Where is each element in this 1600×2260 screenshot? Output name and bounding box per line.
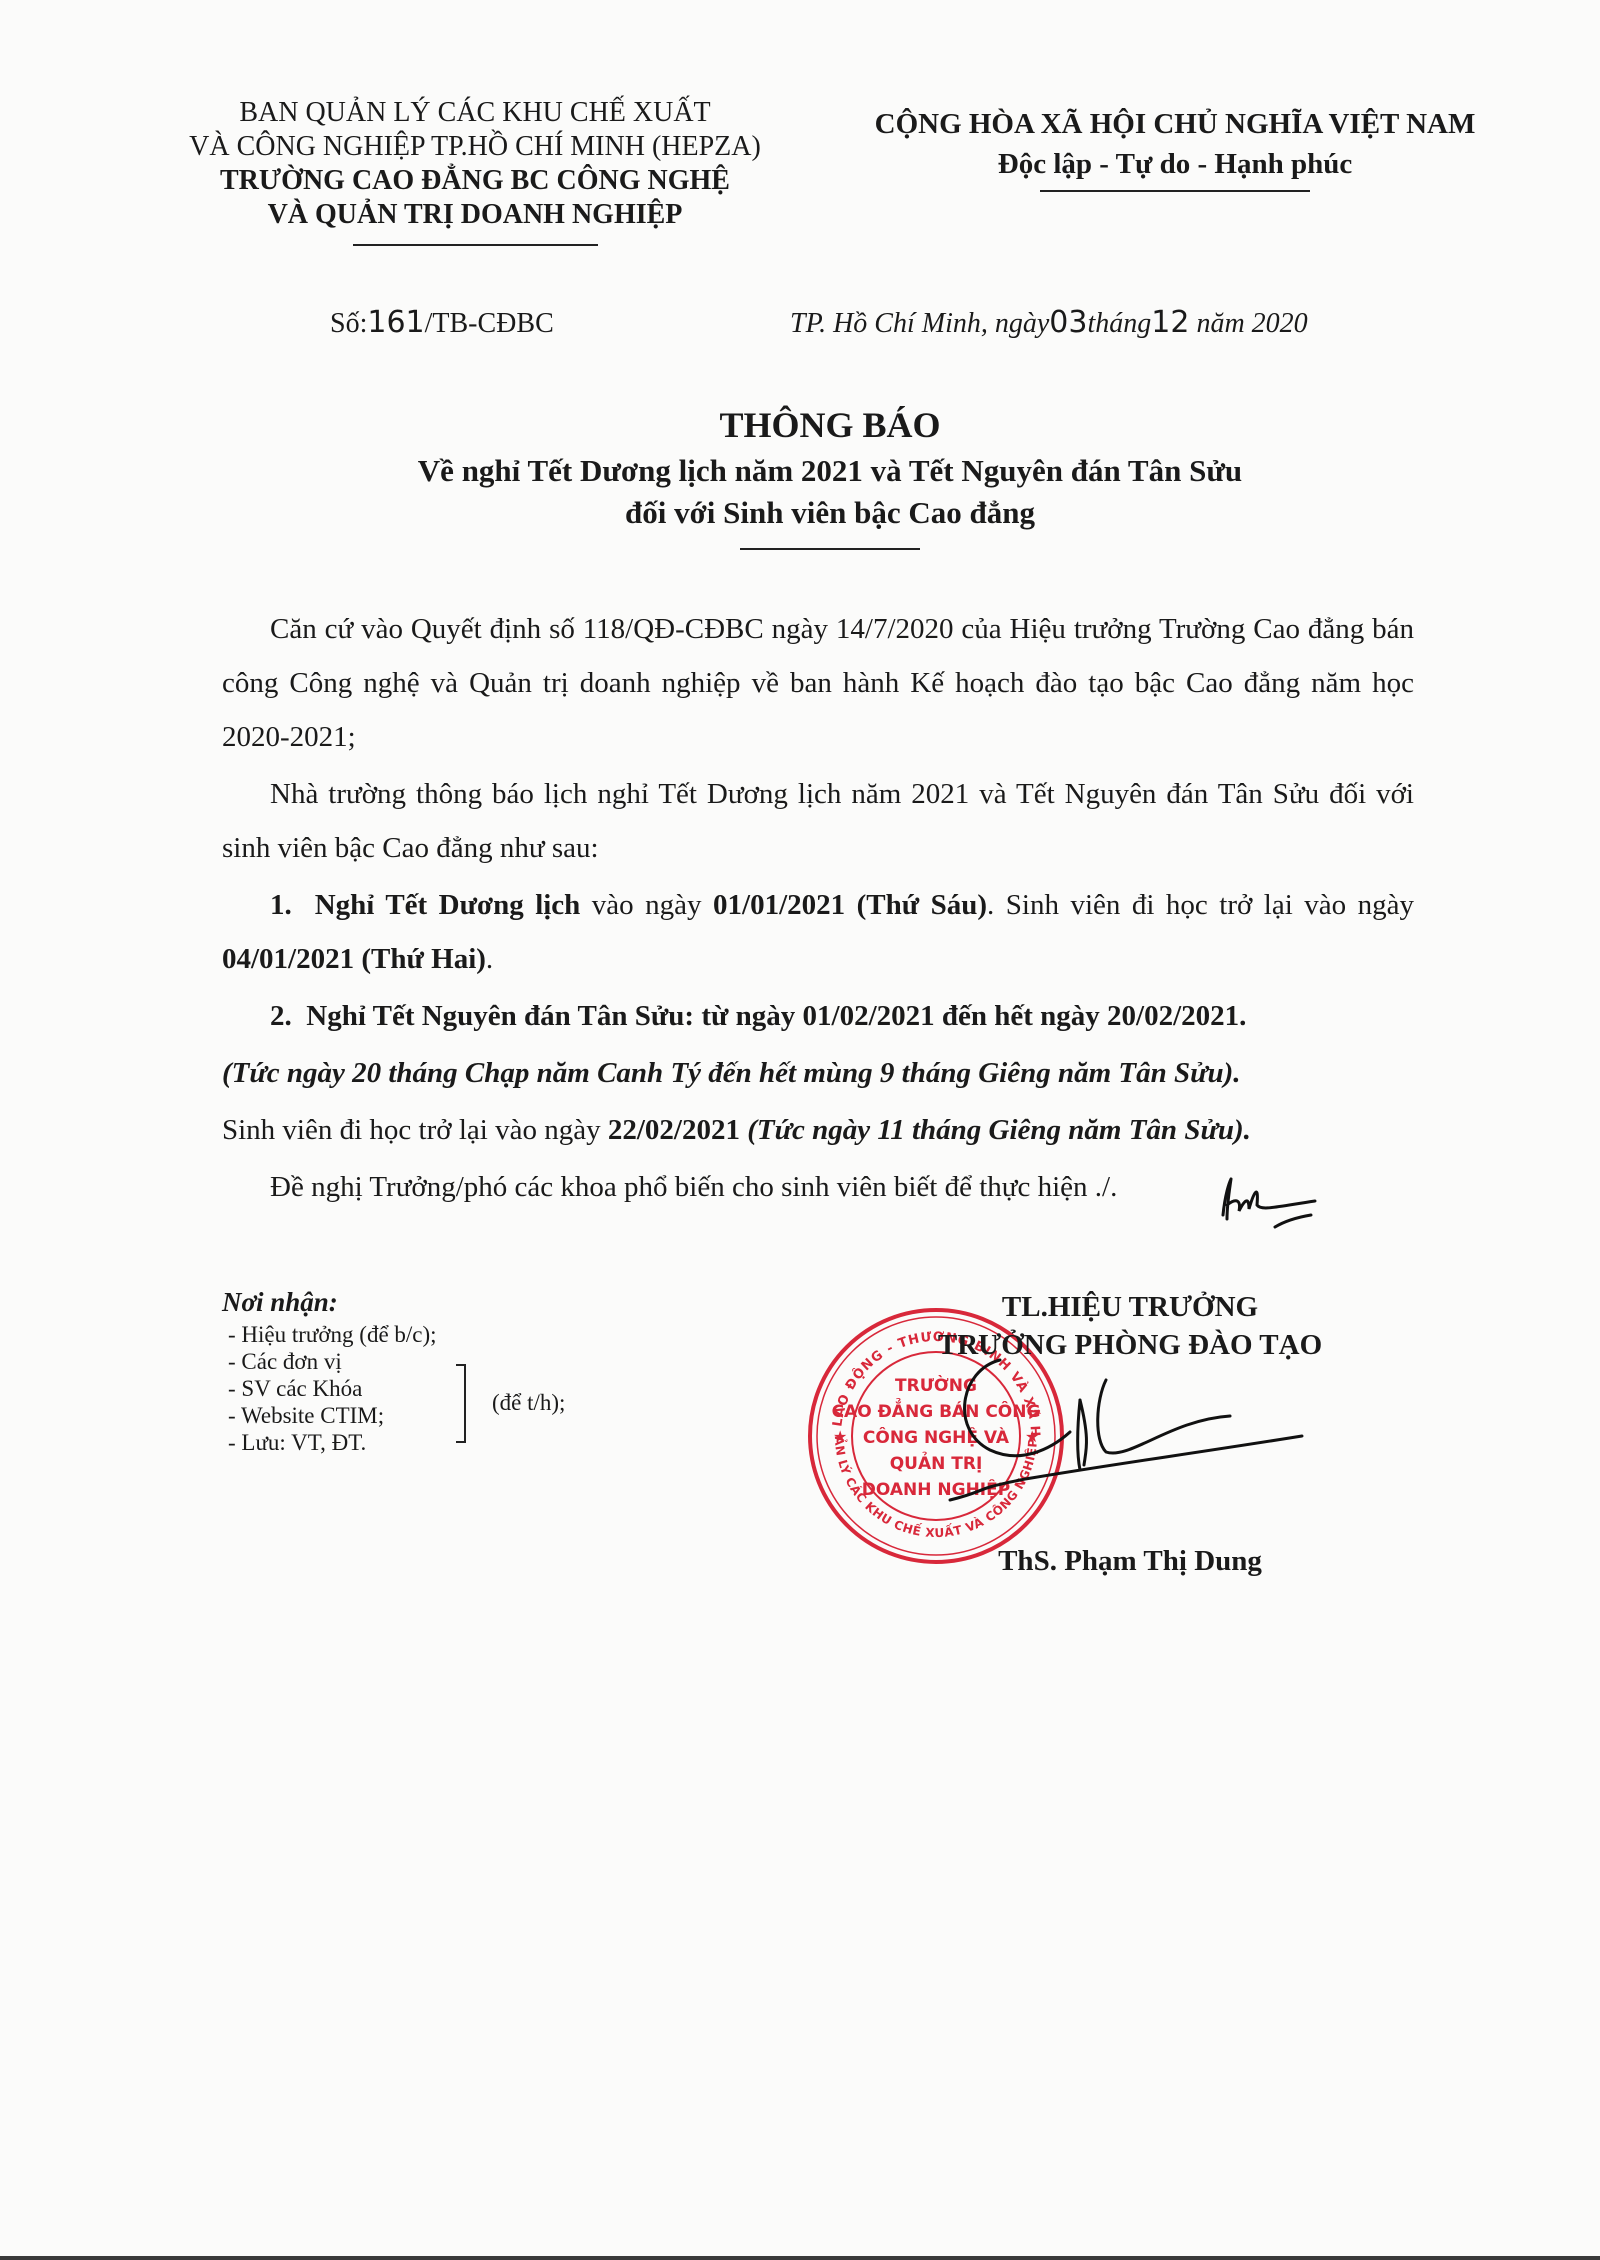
handwritten-signature-icon [930, 1340, 1310, 1520]
issuing-organization: BAN QUẢN LÝ CÁC KHU CHẾ XUẤT VÀ CÔNG NGH… [150, 96, 800, 246]
date-day-handwritten: 03 [1049, 305, 1087, 340]
recipient-item: - Hiệu trưởng (để b/c); [228, 1321, 437, 1348]
recipients-label: Nơi nhận: [222, 1285, 437, 1319]
paragraph-basis: Căn cứ vào Quyết định số 118/QĐ-CĐBC ngà… [222, 602, 1414, 764]
recipients-block: Nơi nhận: - Hiệu trưởng (để b/c); - Các … [222, 1285, 437, 1456]
recipients-group-note: (để t/h); [492, 1390, 565, 1416]
ref-suffix: /TB-CĐBC [425, 308, 554, 339]
item2-range: Nghỉ Tết Nguyên đán Tân Sửu: từ ngày 01/… [306, 1000, 1246, 1032]
document-body: Căn cứ vào Quyết định số 118/QĐ-CĐBC ngà… [222, 602, 1414, 1217]
title-divider [740, 548, 920, 550]
item1-text-b: . Sinh viên đi học trở lại vào ngày [987, 889, 1414, 921]
item2-return: Sinh viên đi học trở lại vào ngày 22/02/… [222, 1103, 1414, 1157]
item2-return-text: Sinh viên đi học trở lại vào ngày [222, 1114, 608, 1146]
signer-title-1: TL.HIỆU TRƯỞNG [880, 1288, 1380, 1326]
item2-return-date: 22/02/2021 [608, 1114, 740, 1146]
date-place: TP. Hồ Chí Minh, ngày [790, 308, 1049, 339]
item1-label: Nghỉ Tết Dương lịch [315, 889, 581, 921]
item2-lunar-note-text: (Tức ngày 20 tháng Chạp năm Canh Tý đến … [222, 1057, 1241, 1089]
recipient-item: - Lưu: VT, ĐT. [228, 1429, 437, 1456]
svg-text:★: ★ [833, 1427, 847, 1446]
national-motto: Độc lập - Tự do - Hạnh phúc [830, 144, 1520, 184]
ref-prefix: Số: [330, 308, 367, 339]
document-date: TP. Hồ Chí Minh, ngày03tháng12 năm 2020 [790, 305, 1308, 340]
item2-lunar-note: (Tức ngày 20 tháng Chạp năm Canh Tý đến … [222, 1046, 1414, 1100]
item2-return-note: (Tức ngày 11 tháng Giêng năm Tân Sửu). [747, 1114, 1251, 1146]
recipient-item: - Các đơn vị [228, 1348, 437, 1375]
school-line-2: VÀ QUẢN TRỊ DOANH NGHIỆP [150, 198, 800, 232]
school-line-1: TRƯỜNG CAO ĐẲNG BC CÔNG NGHỆ [150, 164, 800, 198]
paragraph-announcement: Nhà trường thông báo lịch nghỉ Tết Dương… [222, 767, 1414, 875]
scan-edge [0, 2256, 1600, 2260]
motto-divider [1040, 190, 1310, 192]
item1-number: 1. [270, 889, 292, 921]
item1-text-a: vào ngày [580, 889, 713, 921]
item2-number: 2. [270, 1000, 292, 1032]
item1-date-return: 04/01/2021 (Thứ Hai) [222, 943, 486, 975]
agency-line-1: BAN QUẢN LÝ CÁC KHU CHẾ XUẤT [150, 96, 800, 130]
date-year: năm 2020 [1189, 308, 1307, 339]
recipients-bracket [456, 1364, 466, 1443]
recipients-list: - Hiệu trưởng (để b/c); - Các đơn vị - S… [228, 1321, 437, 1456]
ref-number-handwritten: 161 [367, 305, 424, 340]
document-title: THÔNG BÁO Về nghỉ Tết Dương lịch năm 202… [330, 400, 1330, 550]
item1-text-c: . [486, 943, 493, 975]
nation-name: CỘNG HÒA XÃ HỘI CHỦ NGHĨA VIỆT NAM [830, 104, 1520, 144]
document-number: Số:161/TB-CĐBC [330, 305, 554, 340]
agency-line-2: VÀ CÔNG NGHIỆP TP.HỒ CHÍ MINH (HEPZA) [150, 130, 800, 164]
item-new-year-holiday: 1. Nghỉ Tết Dương lịch vào ngày 01/01/20… [222, 878, 1414, 986]
title-main: THÔNG BÁO [330, 400, 1330, 450]
title-subject-2: đối với Sinh viên bậc Cao đẳng [330, 492, 1330, 534]
document-page: BAN QUẢN LÝ CÁC KHU CHẾ XUẤT VÀ CÔNG NGH… [0, 0, 1600, 2260]
recipient-item: - SV các Khóa [228, 1375, 437, 1402]
signer-name: ThS. Phạm Thị Dung [880, 1542, 1380, 1580]
initials-mark-icon [1215, 1175, 1325, 1235]
date-month-label: tháng [1087, 308, 1151, 339]
item1-date-off: 01/01/2021 (Thứ Sáu) [713, 889, 987, 921]
item-lunar-new-year-holiday: 2. Nghỉ Tết Nguyên đán Tân Sửu: từ ngày … [222, 989, 1414, 1043]
header-divider [353, 244, 598, 246]
national-header: CỘNG HÒA XÃ HỘI CHỦ NGHĨA VIỆT NAM Độc l… [830, 104, 1520, 192]
date-month-handwritten: 12 [1151, 305, 1189, 340]
recipient-item: - Website CTIM; [228, 1402, 437, 1429]
title-subject-1: Về nghỉ Tết Dương lịch năm 2021 và Tết N… [330, 450, 1330, 492]
